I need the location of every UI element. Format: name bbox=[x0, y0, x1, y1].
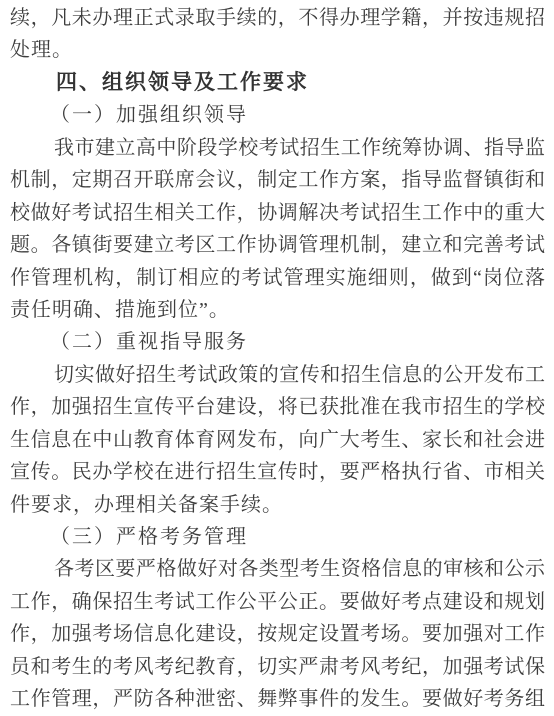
text-line: 各考区要严格做好对各类型考生资格信息的审核和公示 bbox=[10, 553, 545, 585]
text-line: 件要求，办理相关备案手续。 bbox=[10, 489, 545, 521]
subsection-heading-2: （二）重视指导服务 bbox=[10, 326, 545, 358]
text-line: 工作，确保招生考试工作公平公正。要做好考点建设和规划工 bbox=[10, 586, 545, 618]
document-page: 续，凡未办理正式录取手续的，不得办理学籍，并按违规招生 处理。 四、组织领导及工… bbox=[0, 0, 554, 716]
text-line: 工作管理，严防各种泄密、舞弊事件的发生。要做好考务组织 bbox=[10, 683, 545, 715]
text-line: 校做好考试招生相关工作，协调解决考试招生工作中的重大问 bbox=[10, 197, 545, 229]
text-line: 机制，定期召开联席会议，制定工作方案，指导监督镇街和学 bbox=[10, 164, 545, 196]
text-line: 责任明确、措施到位”。 bbox=[10, 294, 545, 326]
text-line: 切实做好招生考试政策的宣传和招生信息的公开发布工 bbox=[10, 359, 545, 391]
text-line: 作，加强招生宣传平台建设，将已获批准在我市招生的学校招 bbox=[10, 391, 545, 423]
text-line: 我市建立高中阶段学校考试招生工作统筹协调、指导监督 bbox=[10, 132, 545, 164]
text-line: 作，加强考场信息化建设，按规定设置考场。要加强对工作人 bbox=[10, 618, 545, 650]
text-line: 员和考生的考风考纪教育，切实严肃考风考纪，加强考试保密 bbox=[10, 651, 545, 683]
text-line: 生信息在中山教育体育网发布，向广大考生、家长和社会进行 bbox=[10, 424, 545, 456]
text-line: 处理。 bbox=[10, 34, 545, 66]
text-line: 续，凡未办理正式录取手续的，不得办理学籍，并按违规招生 bbox=[10, 2, 545, 34]
subsection-heading-1: （一）加强组织领导 bbox=[10, 99, 545, 131]
text-line: 宣传。民办学校在进行招生宣传时，要严格执行省、市相关文 bbox=[10, 456, 545, 488]
subsection-heading-3: （三）严格考务管理 bbox=[10, 521, 545, 553]
text-line: 作管理机构，制订相应的考试管理实施细则，做到“岗位落实、 bbox=[10, 262, 545, 294]
section-heading: 四、组织领导及工作要求 bbox=[10, 67, 545, 99]
text-line: 题。各镇街要建立考区工作协调管理机制，建立和完善考试工 bbox=[10, 229, 545, 261]
